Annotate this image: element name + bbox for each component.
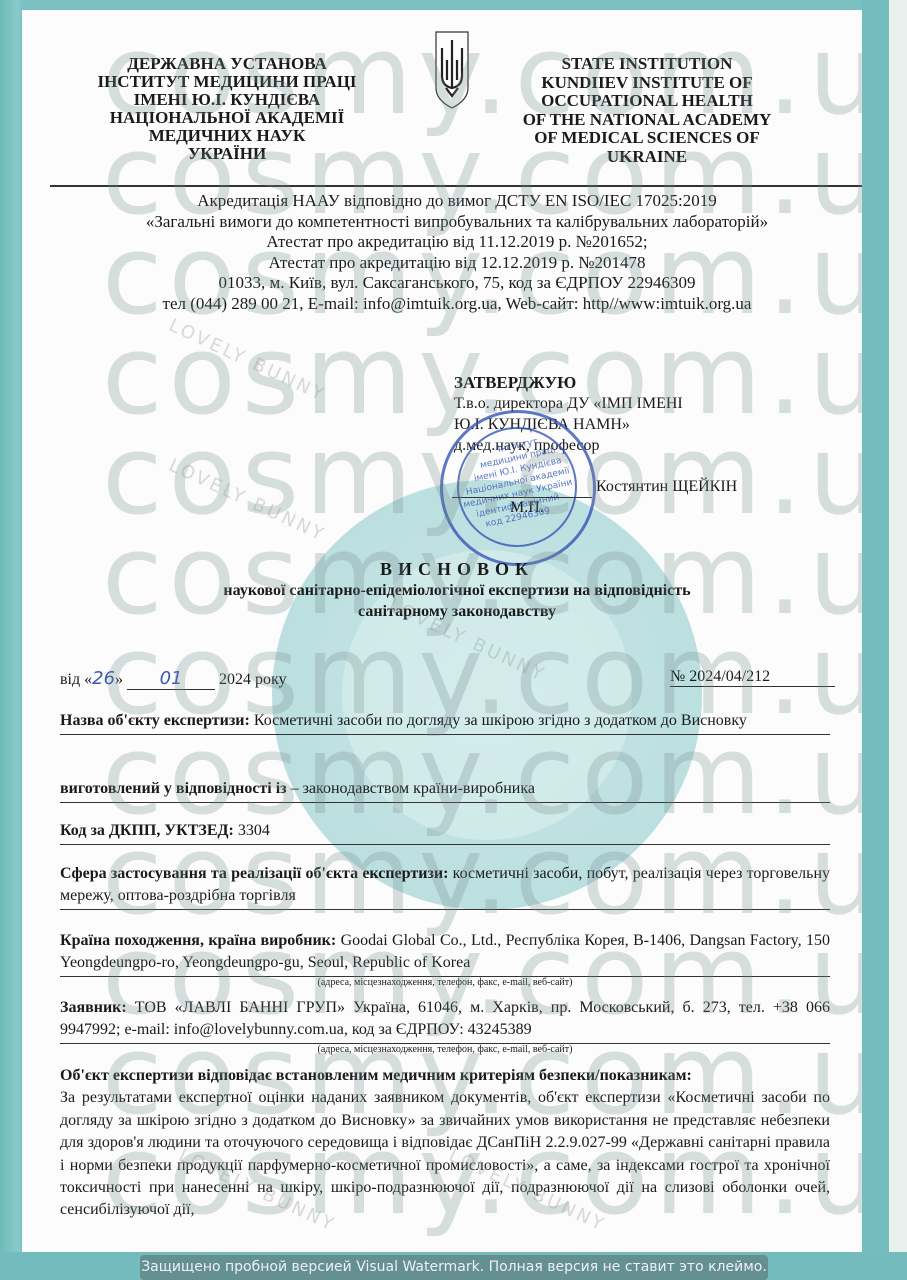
header-left-line: ІНСТИТУТ МЕДИЦИНИ ПРАЦІ <box>87 73 367 91</box>
header-left-ukrainian: ДЕРЖАВНА УСТАНОВА ІНСТИТУТ МЕДИЦИНИ ПРАЦ… <box>87 55 367 163</box>
field-label: виготовлений у відповідності із <box>60 780 287 797</box>
conclusion-title: ВИСНОВОК <box>62 558 852 580</box>
header-right-line: STATE INSTITUTION <box>502 55 792 74</box>
header-left-line: НАЦІОНАЛЬНОЇ АКАДЕМІЇ <box>87 109 367 127</box>
official-stamp-icon: Інститут медицини праці імені Ю.І. Кунді… <box>440 410 596 566</box>
conclusion-title-block: ВИСНОВОК наукової санітарно-епідеміологі… <box>62 558 852 622</box>
conclusion-subtitle: наукової санітарно-епідеміологічної експ… <box>62 580 852 601</box>
field-label: Заявник: <box>60 999 127 1016</box>
date-month: 01 <box>160 668 183 689</box>
field-hint: (адреса, місцезнаходження, телефон, факс… <box>60 1044 830 1056</box>
signer-name: Костянтин ЩЕЙКІН <box>596 478 737 496</box>
body-heading: Об'єкт експертизи відповідає встановлени… <box>60 1065 830 1087</box>
accreditation-contacts: тел (044) 289 00 21, E-mail: info@imtuik… <box>62 294 852 315</box>
header-divider <box>50 185 862 187</box>
field-manufactured-per: виготовлений у відповідності із – законо… <box>60 778 830 803</box>
conclusion-subtitle: санітарному законодавству <box>62 601 852 622</box>
signature-line <box>452 497 592 498</box>
field-hint: (адреса, місцезнаходження, телефон, факс… <box>60 977 830 989</box>
field-label: Код за ДКПП, УКТЗЕД: <box>60 822 234 839</box>
accreditation-line: Атестат про акредитацію від 11.12.2019 р… <box>62 232 852 253</box>
field-country-manufacturer: Країна походження, країна виробник: Good… <box>60 930 830 989</box>
header-right-line: KUNDIIEV INSTITUTE OF <box>502 74 792 93</box>
trident-coat-of-arms-icon <box>434 30 470 110</box>
trial-watermark-banner: Защищено пробной версией Visual Watermar… <box>140 1255 768 1280</box>
date-day: 26 <box>92 668 115 689</box>
document-number: № 2024/04/212 <box>670 668 835 687</box>
header-right-line: OF THE NATIONAL ACADEMY <box>502 111 792 130</box>
approval-title: ЗАТВЕРДЖУЮ <box>454 372 834 393</box>
accreditation-line: Атестат про акредитацію від 12.12.2019 р… <box>62 253 852 274</box>
header-right-line: UKRAINE <box>502 148 792 167</box>
header-left-line: ІМЕНІ Ю.І. КУНДІЄВА <box>87 91 367 109</box>
field-label: Країна походження, країна виробник: <box>60 932 336 949</box>
field-object-name: Назва об'єкту експертизи: Косметичні зас… <box>60 710 830 735</box>
header-left-line: УКРАЇНИ <box>87 145 367 163</box>
date-prefix: від « <box>60 671 92 688</box>
body-text: За результатами експертної оцінки надани… <box>60 1089 830 1218</box>
field-product-code: Код за ДКПП, УКТЗЕД: 3304 <box>60 820 830 845</box>
field-value: 3304 <box>238 822 270 839</box>
field-applicant: Заявник: ТОВ «ЛАВЛІ БАННІ ГРУП» Україна,… <box>60 997 830 1056</box>
field-scope: Сфера застосування та реалізації об'єкта… <box>60 863 830 910</box>
header-right-line: OF MEDICAL SCIENCES OF <box>502 129 792 148</box>
header-left-line: ДЕРЖАВНА УСТАНОВА <box>87 55 367 73</box>
field-value: – законодавством країни-виробника <box>291 780 535 797</box>
field-label: Назва об'єкту експертизи: <box>60 712 250 729</box>
accreditation-line: Акредитація НААУ відповідно до вимог ДСТ… <box>62 191 852 212</box>
field-value: Косметичні засоби по догляду за шкірою з… <box>254 712 747 729</box>
accreditation-block: Акредитація НААУ відповідно до вимог ДСТ… <box>62 191 852 314</box>
document-page: ДЕРЖАВНА УСТАНОВА ІНСТИТУТ МЕДИЦИНИ ПРАЦ… <box>22 10 862 1255</box>
right-border-strip <box>862 0 907 1280</box>
date-quote: » <box>115 671 123 688</box>
header-left-line: МЕДИЧНИХ НАУК <box>87 127 367 145</box>
conclusion-body: Об'єкт експертизи відповідає встановлени… <box>60 1065 830 1222</box>
field-value: ТОВ «ЛАВЛІ БАННІ ГРУП» Україна, 61046, м… <box>60 999 830 1038</box>
accreditation-line: «Загальні вимоги до компетентності випро… <box>62 212 852 233</box>
accreditation-address: 01033, м. Київ, вул. Саксаганського, 75,… <box>62 273 852 294</box>
field-label: Сфера застосування та реалізації об'єкта… <box>60 865 448 882</box>
date-year: 2024 року <box>219 671 287 688</box>
header-right-line: OCCUPATIONAL HEALTH <box>502 92 792 111</box>
seal-mark: М.П. <box>510 499 544 517</box>
header-right-english: STATE INSTITUTION KUNDIIEV INSTITUTE OF … <box>502 55 792 166</box>
